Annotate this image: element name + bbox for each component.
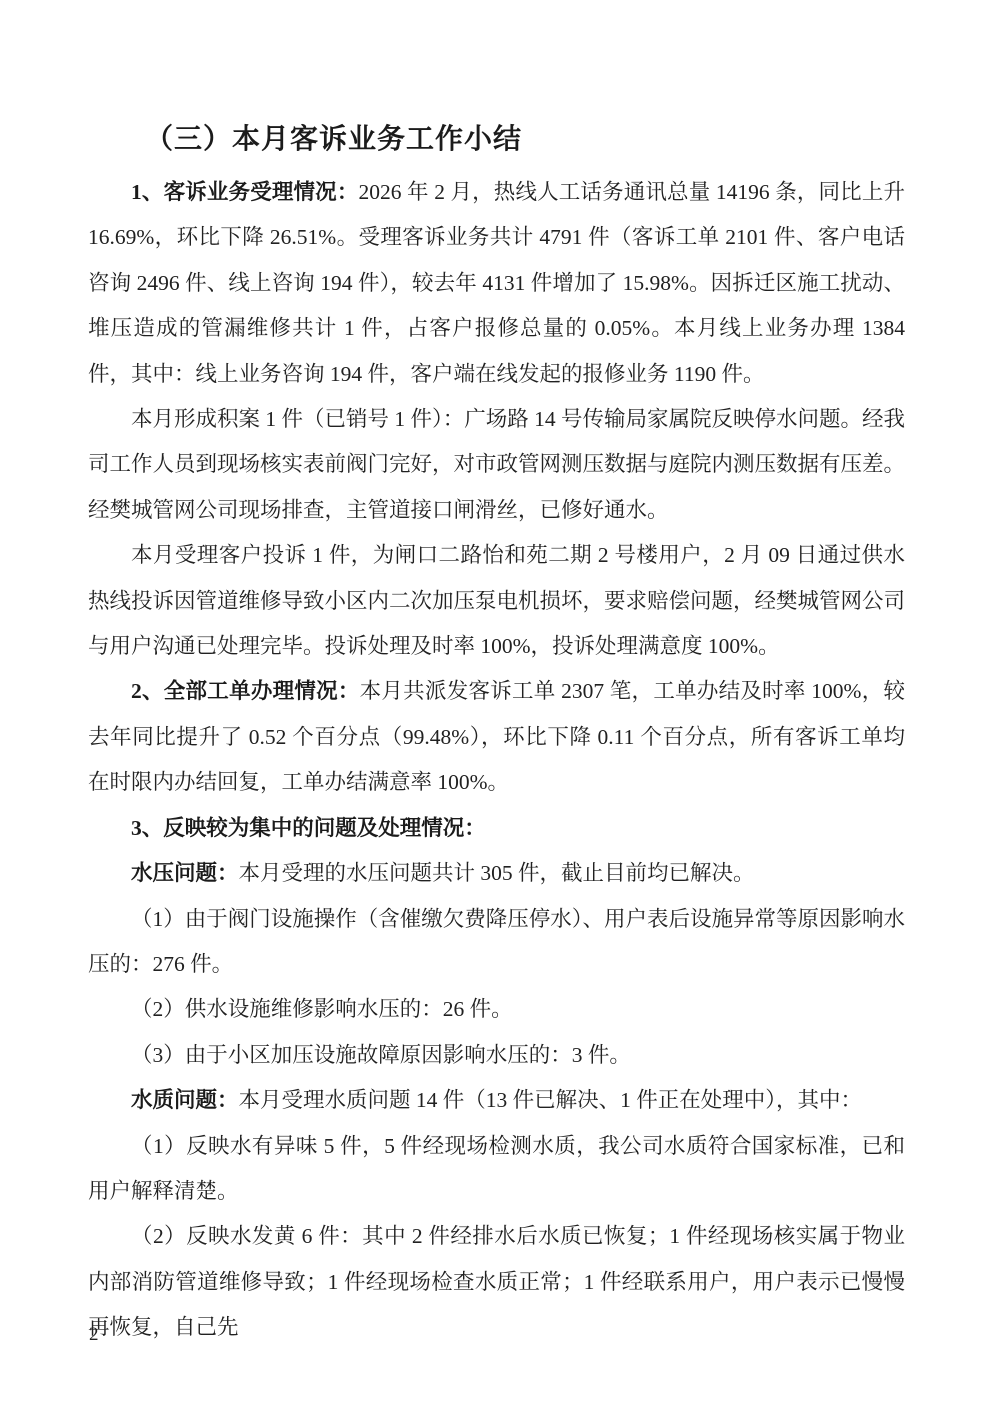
body-paragraph: （1）反映水有异味 5 件，5 件经现场检测水质，我公司水质符合国家标准，已和用… bbox=[88, 1124, 905, 1215]
body-paragraph: 3、反映较为集中的问题及处理情况： bbox=[88, 806, 905, 851]
body-paragraph: （2）供水设施维修影响水压的：26 件。 bbox=[88, 987, 905, 1032]
body-paragraph: 本月受理客户投诉 1 件，为闸口二路怡和苑二期 2 号楼用户，2 月 09 日通… bbox=[88, 533, 905, 669]
paragraph-text: 本月受理客户投诉 1 件，为闸口二路怡和苑二期 2 号楼用户，2 月 09 日通… bbox=[88, 543, 905, 658]
document-body: （三）本月客诉业务工作小结 1、客诉业务受理情况：2026 年 2 月，热线人工… bbox=[88, 118, 905, 1351]
paragraph-text: （3）由于小区加压设施故障原因影响水压的：3 件。 bbox=[131, 1043, 631, 1067]
body-paragraph: （3）由于小区加压设施故障原因影响水压的：3 件。 bbox=[88, 1033, 905, 1078]
paragraph-lead: 水压问题： bbox=[131, 861, 239, 885]
body-paragraph: 本月形成积案 1 件（已销号 1 件）：广场路 14 号传输局家属院反映停水问题… bbox=[88, 397, 905, 533]
paragraph-text: 本月形成积案 1 件（已销号 1 件）：广场路 14 号传输局家属院反映停水问题… bbox=[88, 407, 905, 522]
body-paragraph: 水质问题：本月受理水质问题 14 件（13 件已解决、1 件正在处理中），其中： bbox=[88, 1078, 905, 1123]
body-paragraph: 水压问题：本月受理的水压问题共计 305 件，截止目前均已解决。 bbox=[88, 851, 905, 896]
body-paragraph: （2）反映水发黄 6 件：其中 2 件经排水后水质已恢复；1 件经现场核实属于物… bbox=[88, 1214, 905, 1350]
body-paragraph: 2、全部工单办理情况：本月共派发客诉工单 2307 笔，工单办结及时率 100%… bbox=[88, 669, 905, 805]
paragraph-lead: 2、全部工单办理情况： bbox=[131, 679, 360, 703]
paragraph-text: （2）反映水发黄 6 件：其中 2 件经排水后水质已恢复；1 件经现场核实属于物… bbox=[88, 1224, 905, 1339]
paragraph-text: 2026 年 2 月，热线人工话务通讯总量 14196 条，同比上升 16.69… bbox=[88, 180, 905, 386]
body-paragraph: （1）由于阀门设施操作（含催缴欠费降压停水）、用户表后设施异常等原因影响水压的：… bbox=[88, 897, 905, 988]
paragraph-text: 本月受理的水压问题共计 305 件，截止目前均已解决。 bbox=[239, 861, 755, 885]
paragraph-lead: 3、反映较为集中的问题及处理情况： bbox=[131, 816, 486, 840]
paragraph-lead: 1、客诉业务受理情况： bbox=[131, 180, 358, 204]
section-heading: （三）本月客诉业务工作小结 bbox=[88, 118, 905, 160]
document-page: （三）本月客诉业务工作小结 1、客诉业务受理情况：2026 年 2 月，热线人工… bbox=[0, 0, 992, 1417]
paragraph-lead: 水质问题： bbox=[131, 1088, 239, 1112]
body-paragraph: 1、客诉业务受理情况：2026 年 2 月，热线人工话务通讯总量 14196 条… bbox=[88, 170, 905, 397]
paragraph-text: （1）由于阀门设施操作（含催缴欠费降压停水）、用户表后设施异常等原因影响水压的：… bbox=[88, 907, 905, 976]
page-number: 2 bbox=[89, 1322, 99, 1348]
paragraph-text: （2）供水设施维修影响水压的：26 件。 bbox=[131, 997, 513, 1021]
paragraph-text: 本月受理水质问题 14 件（13 件已解决、1 件正在处理中），其中： bbox=[239, 1088, 863, 1112]
paragraph-text: （1）反映水有异味 5 件，5 件经现场检测水质，我公司水质符合国家标准，已和用… bbox=[88, 1134, 905, 1203]
